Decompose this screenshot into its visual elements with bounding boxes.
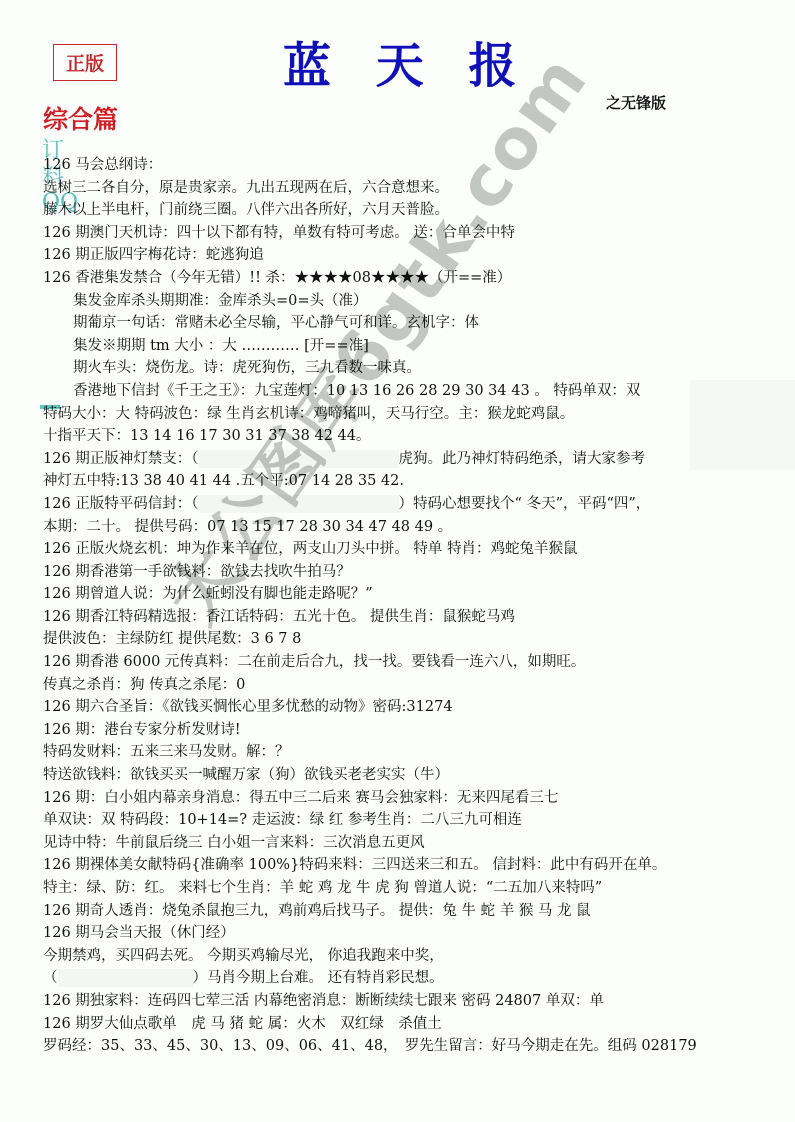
page-title: 蓝 天 报 [283, 42, 530, 90]
text-line: 神灯五中特:13 38 40 41 44 .五个平:07 14 28 35 42… [43, 470, 783, 493]
text-line: 罗码经：35、33、45、30、13、09、06、41、48， 罗先生留言：好马… [43, 1035, 783, 1058]
text-segment: ）马肖今期上台难。 还有特肖彩民想。 [193, 970, 444, 986]
text-line: 集发金库杀头期期准：金库杀头=0=头（准） [43, 290, 783, 313]
text-line: 特送欲钱料：欲钱买买一喊醒万家（狗）欲钱买老老实实（牛） [43, 764, 783, 787]
edition-subtitle: 之无锋版 [606, 92, 666, 113]
redacted-block [199, 495, 399, 513]
text-line: 见诗中特：牛前鼠后绕三 白小姐一言来料：三次消息五更风 [43, 832, 783, 855]
text-line: 126 期奇人透肖：烧兔杀鼠抱三九，鸡前鸡后找马子。 提供：兔 牛 蛇 羊 猴 … [43, 900, 783, 923]
text-line: 特码发财料：五来三来马发财。解：？ [43, 741, 783, 764]
text-line: 126 期澳门天机诗：四十以下都有特，单数有特可考虑。 送：合单会中特 [43, 222, 783, 245]
text-line: 126 期独家料：连码四七荤三活 内幕绝密消息：断断续续七跟来 密码 24807… [43, 990, 783, 1013]
section-heading: 综合篇 [43, 107, 118, 132]
text-line: 126 期正版神灯禁支：（虎狗。此乃神灯特码绝杀，请大家参考 [43, 448, 783, 471]
text-line: 126 期罗大仙点歌单 虎 马 猪 蛇 属：火木 双红绿 杀值土 [43, 1013, 783, 1036]
text-line: 特码大小：大 特码波色：绿 生肖玄机诗：鸡啼猪叫，天马行空。主：猴龙蛇鸡鼠。 [43, 403, 783, 426]
text-line: 126 期：白小姐内幕亲身消息：得五中三二后来 赛马会独家料：无来四尾看三七 [43, 787, 783, 810]
text-line: 126 期曾道人说：为什么蚯蚓没有脚也能走路呢？” [43, 583, 783, 606]
redacted-block [58, 969, 193, 987]
text-line: 126 期正版四字梅花诗：蛇逃狗追 [43, 244, 783, 267]
text-line: 传真之杀肖：狗 传真之杀尾：0 [43, 674, 783, 697]
text-segment: ）特码心想要找个“ 冬天”，平码“四”， [399, 496, 651, 512]
text-line: 126 正版火烧玄机：坤为作来羊在位，两支山刀头中拼。 特单 特肖：鸡蛇兔羊猴鼠 [43, 538, 783, 561]
text-line: 十指平天下：13 14 16 17 30 31 37 38 42 44。 [43, 425, 783, 448]
official-edition-badge: 正版 [53, 44, 117, 81]
text-line: 藤木以上半电杆，门前绕三圈。八伴六出各所好，六月天普脸。 [43, 199, 783, 222]
text-line: 126 期裸体美女献特码{准确率 100%}特码来料：三四送来三和五。 信封料：… [43, 854, 783, 877]
text-segment: 126 期正版神灯禁支：（ [43, 451, 199, 467]
text-line: 期火车头：烧伤龙。诗：虎死狗伤，三九看数一味真。 [43, 357, 783, 380]
text-line: 今期禁鸡，买四码去死。 今期买鸡输尽光， 你追我跑来中奖， [43, 945, 783, 968]
text-line: 126 期六合圣旨：《欲钱买惆怅心里多忧愁的动物》密码:31274 [43, 696, 783, 719]
text-line: 126 期香港第一手欲钱料：欲钱去找吹牛拍马？ [43, 561, 783, 584]
text-line: 选树三二各自分，原是贵家亲。九出五现两在后，六合意想来。 [43, 177, 783, 200]
text-line: 本期：二十。 提供号码：07 13 15 17 28 30 34 47 48 4… [43, 516, 783, 539]
text-line: 126 期香港 6000 元传真料：二在前走后合九，找一找。要钱看一连六八，如期… [43, 651, 783, 674]
text-line: 期葡京一句话：常赌未必全尽输，平心静气可和详。玄机字：体 [43, 312, 783, 335]
text-line: 126 香港集发禁合（今年无错）!! 杀：★★★★08★★★★（开==准） [43, 267, 783, 290]
redacted-block [199, 450, 399, 468]
text-segment: （ [43, 970, 58, 986]
text-line: 集发※期期 tm 大小 ：大 ………… [开==准] [43, 335, 783, 358]
text-line: 特主：绿、防：红。 来料七个生肖：羊 蛇 鸡 龙 牛 虎 狗 曾道人说：“二五加… [43, 877, 783, 900]
text-line: 126 正版特平码信封：（）特码心想要找个“ 冬天”，平码“四”， [43, 493, 783, 516]
text-line: 提供波色：主绿防红 提供尾数：3 6 7 8 [43, 628, 783, 651]
text-segment: 虎狗。此乃神灯特码绝杀，请大家参考 [399, 451, 646, 467]
text-line: 香港地下信封《千王之王》：九宝莲灯：10 13 16 26 28 29 30 3… [43, 380, 783, 403]
text-line: 单双诀：双 特码段：10+14=? 走运波：绿 红 参考生肖：二八三九可相连 [43, 809, 783, 832]
text-line: 126 期马会当天报（休门经） [43, 922, 783, 945]
text-line: 126 马会总纲诗： [43, 154, 783, 177]
text-line: 126 期香江特码精选报：香江话特码：五光十色。 提供生肖：鼠猴蛇马鸡 [43, 606, 783, 629]
text-line: 126 期：港台专家分析发财诗! [43, 719, 783, 742]
text-line: （）马肖今期上台难。 还有特肖彩民想。 [43, 967, 783, 990]
text-segment: 126 正版特平码信封：（ [43, 496, 199, 512]
document-body: 126 马会总纲诗： 选树三二各自分，原是贵家亲。九出五现两在后，六合意想来。 … [43, 154, 783, 1058]
